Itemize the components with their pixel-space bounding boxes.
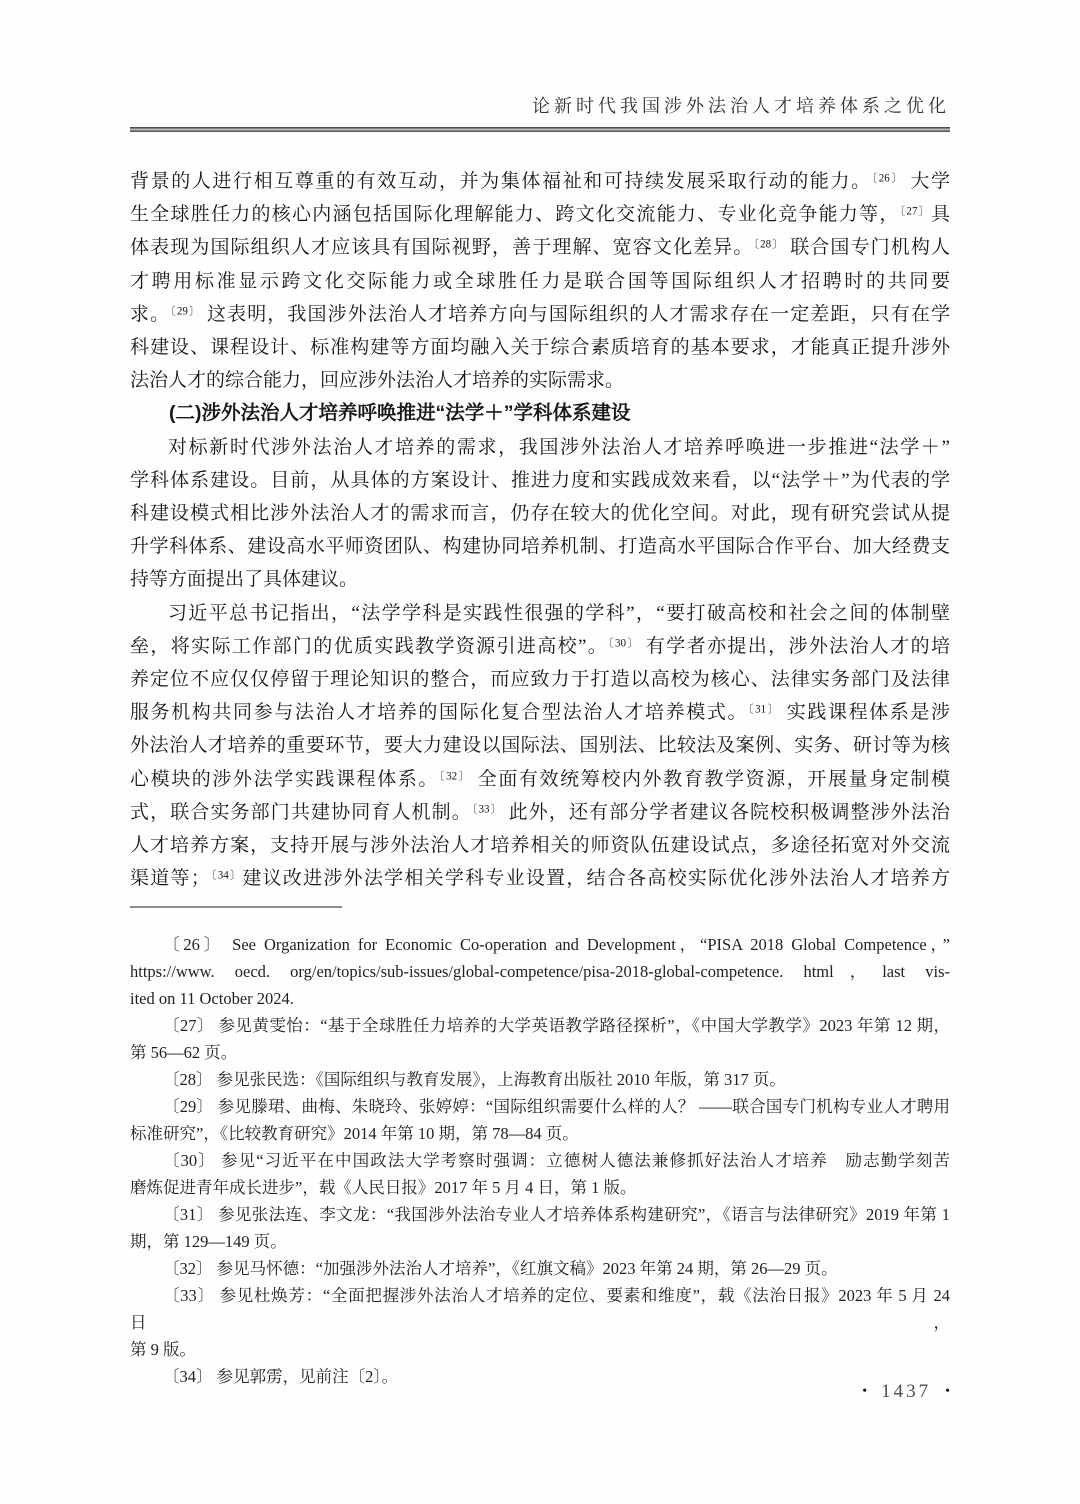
footnote-line: 〔27〕 参见黄雯怡：“基于全球胜任力培养的大学英语教学路径探析”，《中国大学教…	[130, 1012, 950, 1039]
page-number-bullet-right: •	[945, 1384, 950, 1399]
text-line: 式，联合实务部门共建协同育人机制。〔33〕 此外，还有部分学者建议各院校积极调整…	[130, 796, 950, 829]
text-line: 养定位不应仅仅停留于理论知识的整合，而应致力于打造以高校为核心、法律实务部门及法…	[130, 663, 950, 696]
text-line: 渠道等；〔34〕建议改进涉外法学相关学科专业设置，结合各高校实际优化涉外法治人才…	[130, 862, 950, 895]
text-line: 升学科体系、建设高水平师资团队、构建协同培养机制、打造高水平国际合作平台、加大经…	[130, 530, 950, 563]
footnote-line: ited on 11 October 2024.	[130, 985, 950, 1012]
paper-page: 论新时代我国涉外法治人才培养体系之优化 背景的人进行相互尊重的有效互动，并为集体…	[0, 0, 1080, 1504]
text-line: 心模块的涉外法学实践课程体系。〔32〕 全面有效统筹校内外教育教学资源，开展量身…	[130, 763, 950, 796]
text-line: 求。〔29〕 这表明，我国涉外法治人才培养方向与国际组织的人才需求存在一定差距，…	[130, 298, 950, 331]
text-line: 服务机构共同参与法治人才培养的国际化复合型法治人才培养模式。〔31〕 实践课程体…	[130, 696, 950, 729]
footnote-line: https://www. oecd. org/en/topics/sub-iss…	[130, 958, 950, 985]
footnote-line: 磨炼促进青年成长进步”，载《人民日报》2017 年 5 月 4 日，第 1 版。	[130, 1174, 950, 1201]
text-line: 法治人才的综合能力，回应涉外法治人才培养的实际需求。	[130, 364, 950, 397]
footnote-line: 第 56—62 页。	[130, 1039, 950, 1066]
footnote-line: 〔34〕 参见郭雳，见前注〔2〕。	[130, 1363, 950, 1390]
article-body: 背景的人进行相互尊重的有效互动，并为集体福祉和可持续发展采取行动的能力。〔26〕…	[130, 165, 950, 895]
text-line: 外法治人才培养的重要环节，要大力建设以国际法、国别法、比较法及案例、实务、研讨等…	[130, 729, 950, 762]
footnote-line: 第 9 版。	[130, 1336, 950, 1363]
footnote-line: 〔26〕 See Organization for Economic Co-op…	[130, 931, 950, 958]
running-header: 论新时代我国涉外法治人才培养体系之优化	[130, 0, 950, 118]
footnote-line: 〔32〕 参见马怀德：“加强涉外法治人才培养”，《红旗文稿》2023 年第 24…	[130, 1255, 950, 1282]
footnote-line: 〔29〕 参见滕珺、曲梅、朱晓玲、张婷婷：“国际组织需要什么样的人？ ——联合国…	[130, 1093, 950, 1120]
text-line: 生全球胜任力的核心内涵包括国际化理解能力、跨文化交流能力、专业化竞争能力等，〔2…	[130, 198, 950, 231]
footnotes: 〔26〕 See Organization for Economic Co-op…	[130, 931, 950, 1390]
footnote-separator	[130, 906, 342, 908]
footnote-line: 标准研究”，《比较教育研究》2014 年第 10 期，第 78—84 页。	[130, 1120, 950, 1147]
text-line: 学科体系建设。目前，从具体的方案设计、推进力度和实践成效来看，以“法学＋”为代表…	[130, 464, 950, 497]
content-column: 论新时代我国涉外法治人才培养体系之优化 背景的人进行相互尊重的有效互动，并为集体…	[130, 0, 950, 1390]
footnote-line: 〔33〕 参见杜焕芳：“全面把握涉外法治人才培养的定位、要素和维度”，载《法治日…	[130, 1282, 950, 1336]
text-line: 背景的人进行相互尊重的有效互动，并为集体福祉和可持续发展采取行动的能力。〔26〕…	[130, 165, 950, 198]
section-heading: (二)涉外法治人才培养呼唤推进“法学＋”学科体系建设	[130, 397, 950, 430]
text-line: 体表现为国际组织人才应该具有国际视野，善于理解、宽容文化差异。〔28〕 联合国专…	[130, 231, 950, 264]
footnote-line: 〔30〕 参见“习近平在中国政法大学考察时强调：立德树人德法兼修抓好法治人才培养…	[130, 1147, 950, 1174]
text-line: 持等方面提出了具体建议。	[130, 563, 950, 596]
page-number-value: 1437	[881, 1381, 931, 1402]
text-line: 才聘用标准显示跨文化交际能力或全球胜任力是联合国等国际组织人才招聘时的共同要	[130, 265, 950, 298]
footnote-line: 期，第 129—149 页。	[130, 1228, 950, 1255]
text-line: 科建设模式相比涉外法治人才的需求而言，仍存在较大的优化空间。对此，现有研究尝试从…	[130, 497, 950, 530]
text-line: 习近平总书记指出，“法学学科是实践性很强的学科”，“要打破高校和社会之间的体制壁	[130, 597, 950, 630]
page-number: •1437•	[862, 1381, 950, 1403]
text-line: 垒，将实际工作部门的优质实践教学资源引进高校”。〔30〕 有学者亦提出，涉外法治…	[130, 630, 950, 663]
text-line: 人才培养方案，支持开展与涉外法治人才培养相关的师资队伍建设试点，多途径拓宽对外交…	[130, 829, 950, 862]
text-line: 对标新时代涉外法治人才培养的需求，我国涉外法治人才培养呼唤进一步推进“法学＋”	[130, 431, 950, 464]
header-rule	[130, 127, 950, 132]
text-line: 科建设、课程设计、标准构建等方面均融入关于综合素质培育的基本要求，才能真正提升涉…	[130, 331, 950, 364]
footnote-line: 〔31〕 参见张法连、李文龙：“我国涉外法治专业人才培养体系构建研究”，《语言与…	[130, 1201, 950, 1228]
footnote-line: 〔28〕 参见张民选：《国际组织与教育发展》，上海教育出版社 2010 年版，第…	[130, 1066, 950, 1093]
page-number-bullet-left: •	[862, 1384, 867, 1399]
